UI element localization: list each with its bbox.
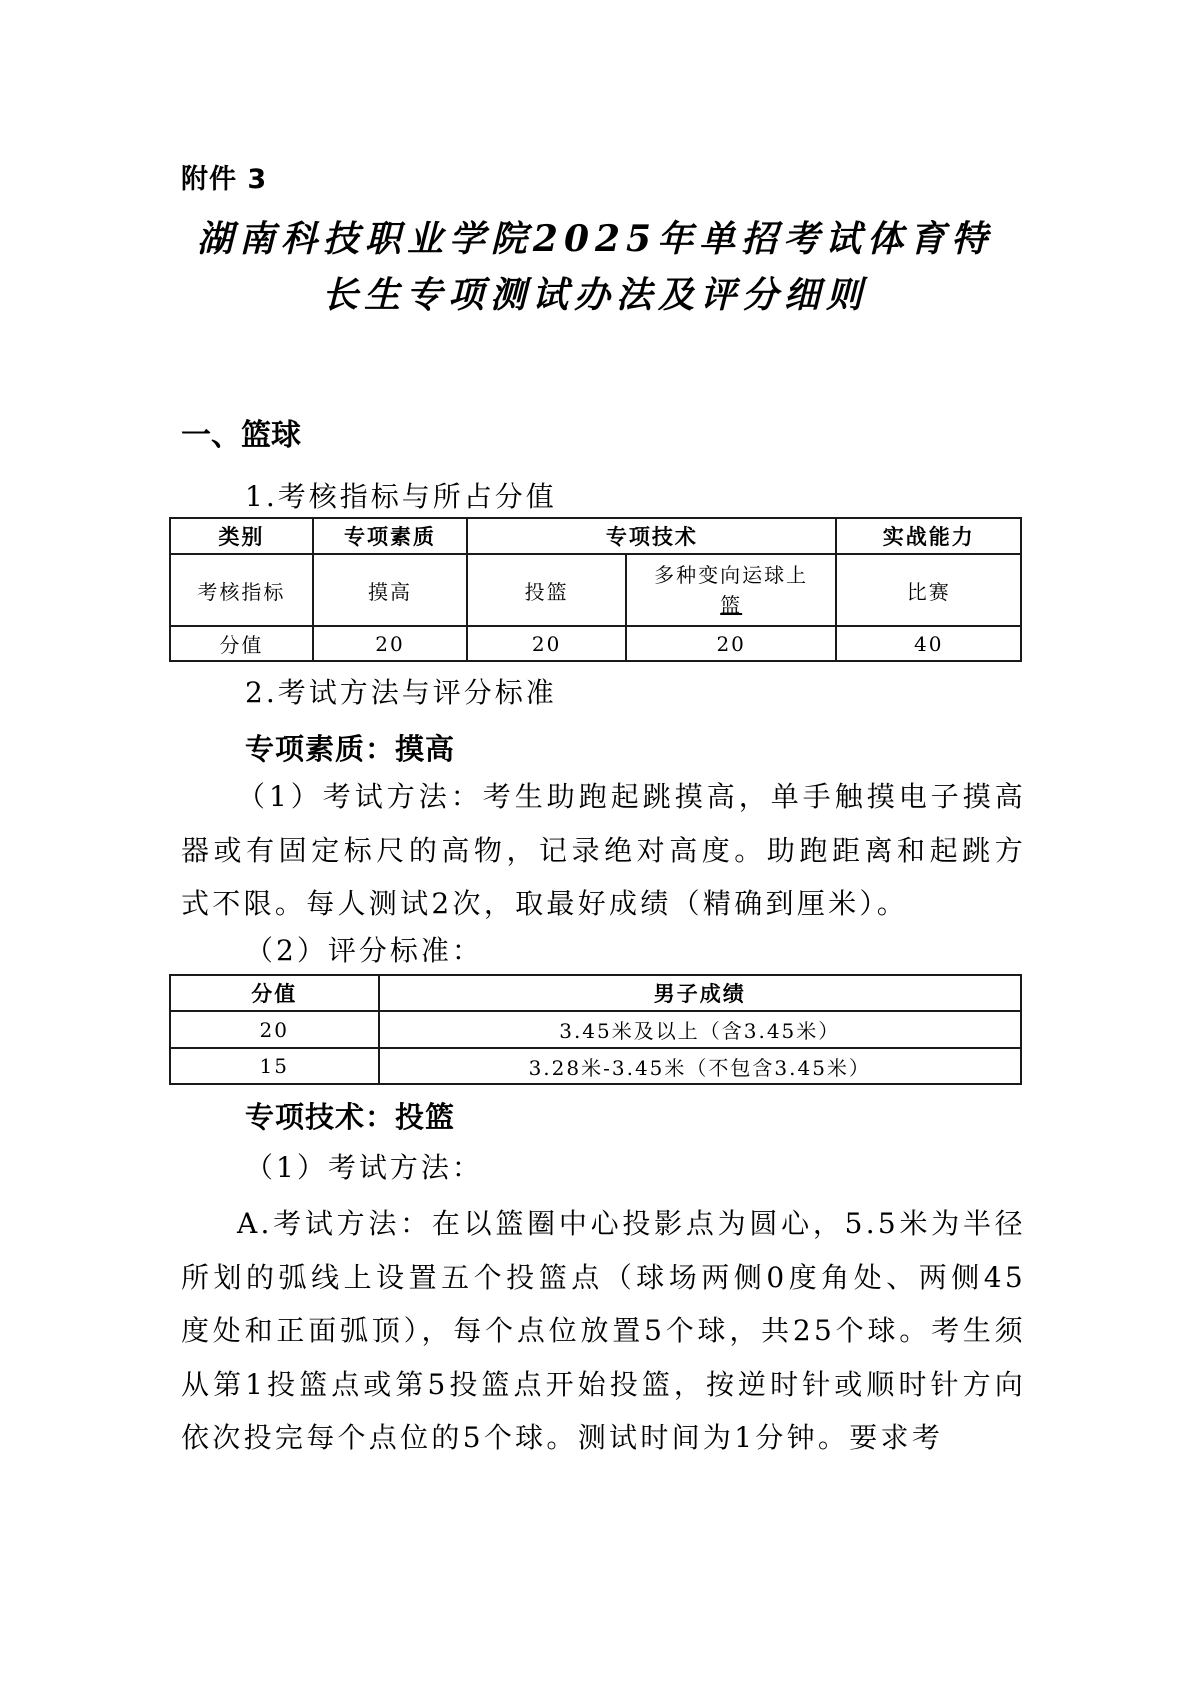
document-title-line-2: 长生专项测试办法及评分细则 [150,266,1040,324]
shooting-method-paragraph: A.考试方法：在以篮圈中心投影点为圆心，5.5米为半径所划的弧线上设置五个投篮点… [181,1197,1026,1465]
table-row: 15 3.28米-3.45米（不包含3.45米） [170,1048,1021,1084]
cell-touch-height: 摸高 [313,554,468,626]
header-special-quality: 专项素质 [313,518,468,554]
header-male-result: 男子成绩 [379,975,1021,1011]
cell-score: 15 [170,1048,379,1084]
cell-indicators-label: 考核指标 [170,554,313,626]
table-row: 20 3.45米及以上（含3.45米） [170,1011,1021,1048]
subsection-heading-methods: 2.考试方法与评分标准 [245,673,557,713]
shooting-method-label: （1）考试方法： [245,1148,483,1188]
cell-dribble-layup-line2: 篮 [627,590,835,620]
cell-result: 3.28米-3.45米（不包含3.45米） [379,1048,1021,1084]
document-title-line-1: 湖南科技职业学院2025年单招考试体育特 [150,210,1040,268]
touch-height-criteria-label: （2）评分标准： [245,931,483,971]
cell-dribble-layup: 多种变向运球上 篮 [626,554,836,626]
header-score: 分值 [170,975,379,1011]
touch-height-heading: 专项素质：摸高 [245,727,455,768]
header-category: 类别 [170,518,313,554]
cell-dribble-layup-line1: 多种变向运球上 [627,560,835,590]
cell-score-dribble-layup: 20 [626,626,836,661]
cell-score-shooting: 20 [467,626,626,661]
indicators-table: 类别 专项素质 专项技术 实战能力 考核指标 摸高 投篮 多种变向运球上 篮 比… [169,517,1022,662]
section-heading-basketball: 一、篮球 [181,410,301,454]
cell-result: 3.45米及以上（含3.45米） [379,1011,1021,1048]
touch-height-method-paragraph: （1）考试方法：考生助跑起跳摸高，单手触摸电子摸高器或有固定标尺的高物，记录绝对… [181,770,1026,931]
cell-score-match: 40 [836,626,1021,661]
cell-match: 比赛 [836,554,1021,626]
cell-scores-label: 分值 [170,626,313,661]
attachment-label: 附件 3 [181,157,267,196]
table-row-indicators: 考核指标 摸高 投篮 多种变向运球上 篮 比赛 [170,554,1021,626]
subsection-heading-indicators: 1.考核指标与所占分值 [245,477,557,517]
shooting-heading: 专项技术：投篮 [245,1095,455,1136]
touch-height-scoring-table: 分值 男子成绩 20 3.45米及以上（含3.45米） 15 3.28米-3.4… [169,974,1022,1085]
cell-score: 20 [170,1011,379,1048]
cell-shooting: 投篮 [467,554,626,626]
table-header-row: 类别 专项素质 专项技术 实战能力 [170,518,1021,554]
table-header-row: 分值 男子成绩 [170,975,1021,1011]
header-special-technique: 专项技术 [467,518,836,554]
table-row-scores: 分值 20 20 20 40 [170,626,1021,661]
cell-score-touch-height: 20 [313,626,468,661]
header-practical-ability: 实战能力 [836,518,1021,554]
